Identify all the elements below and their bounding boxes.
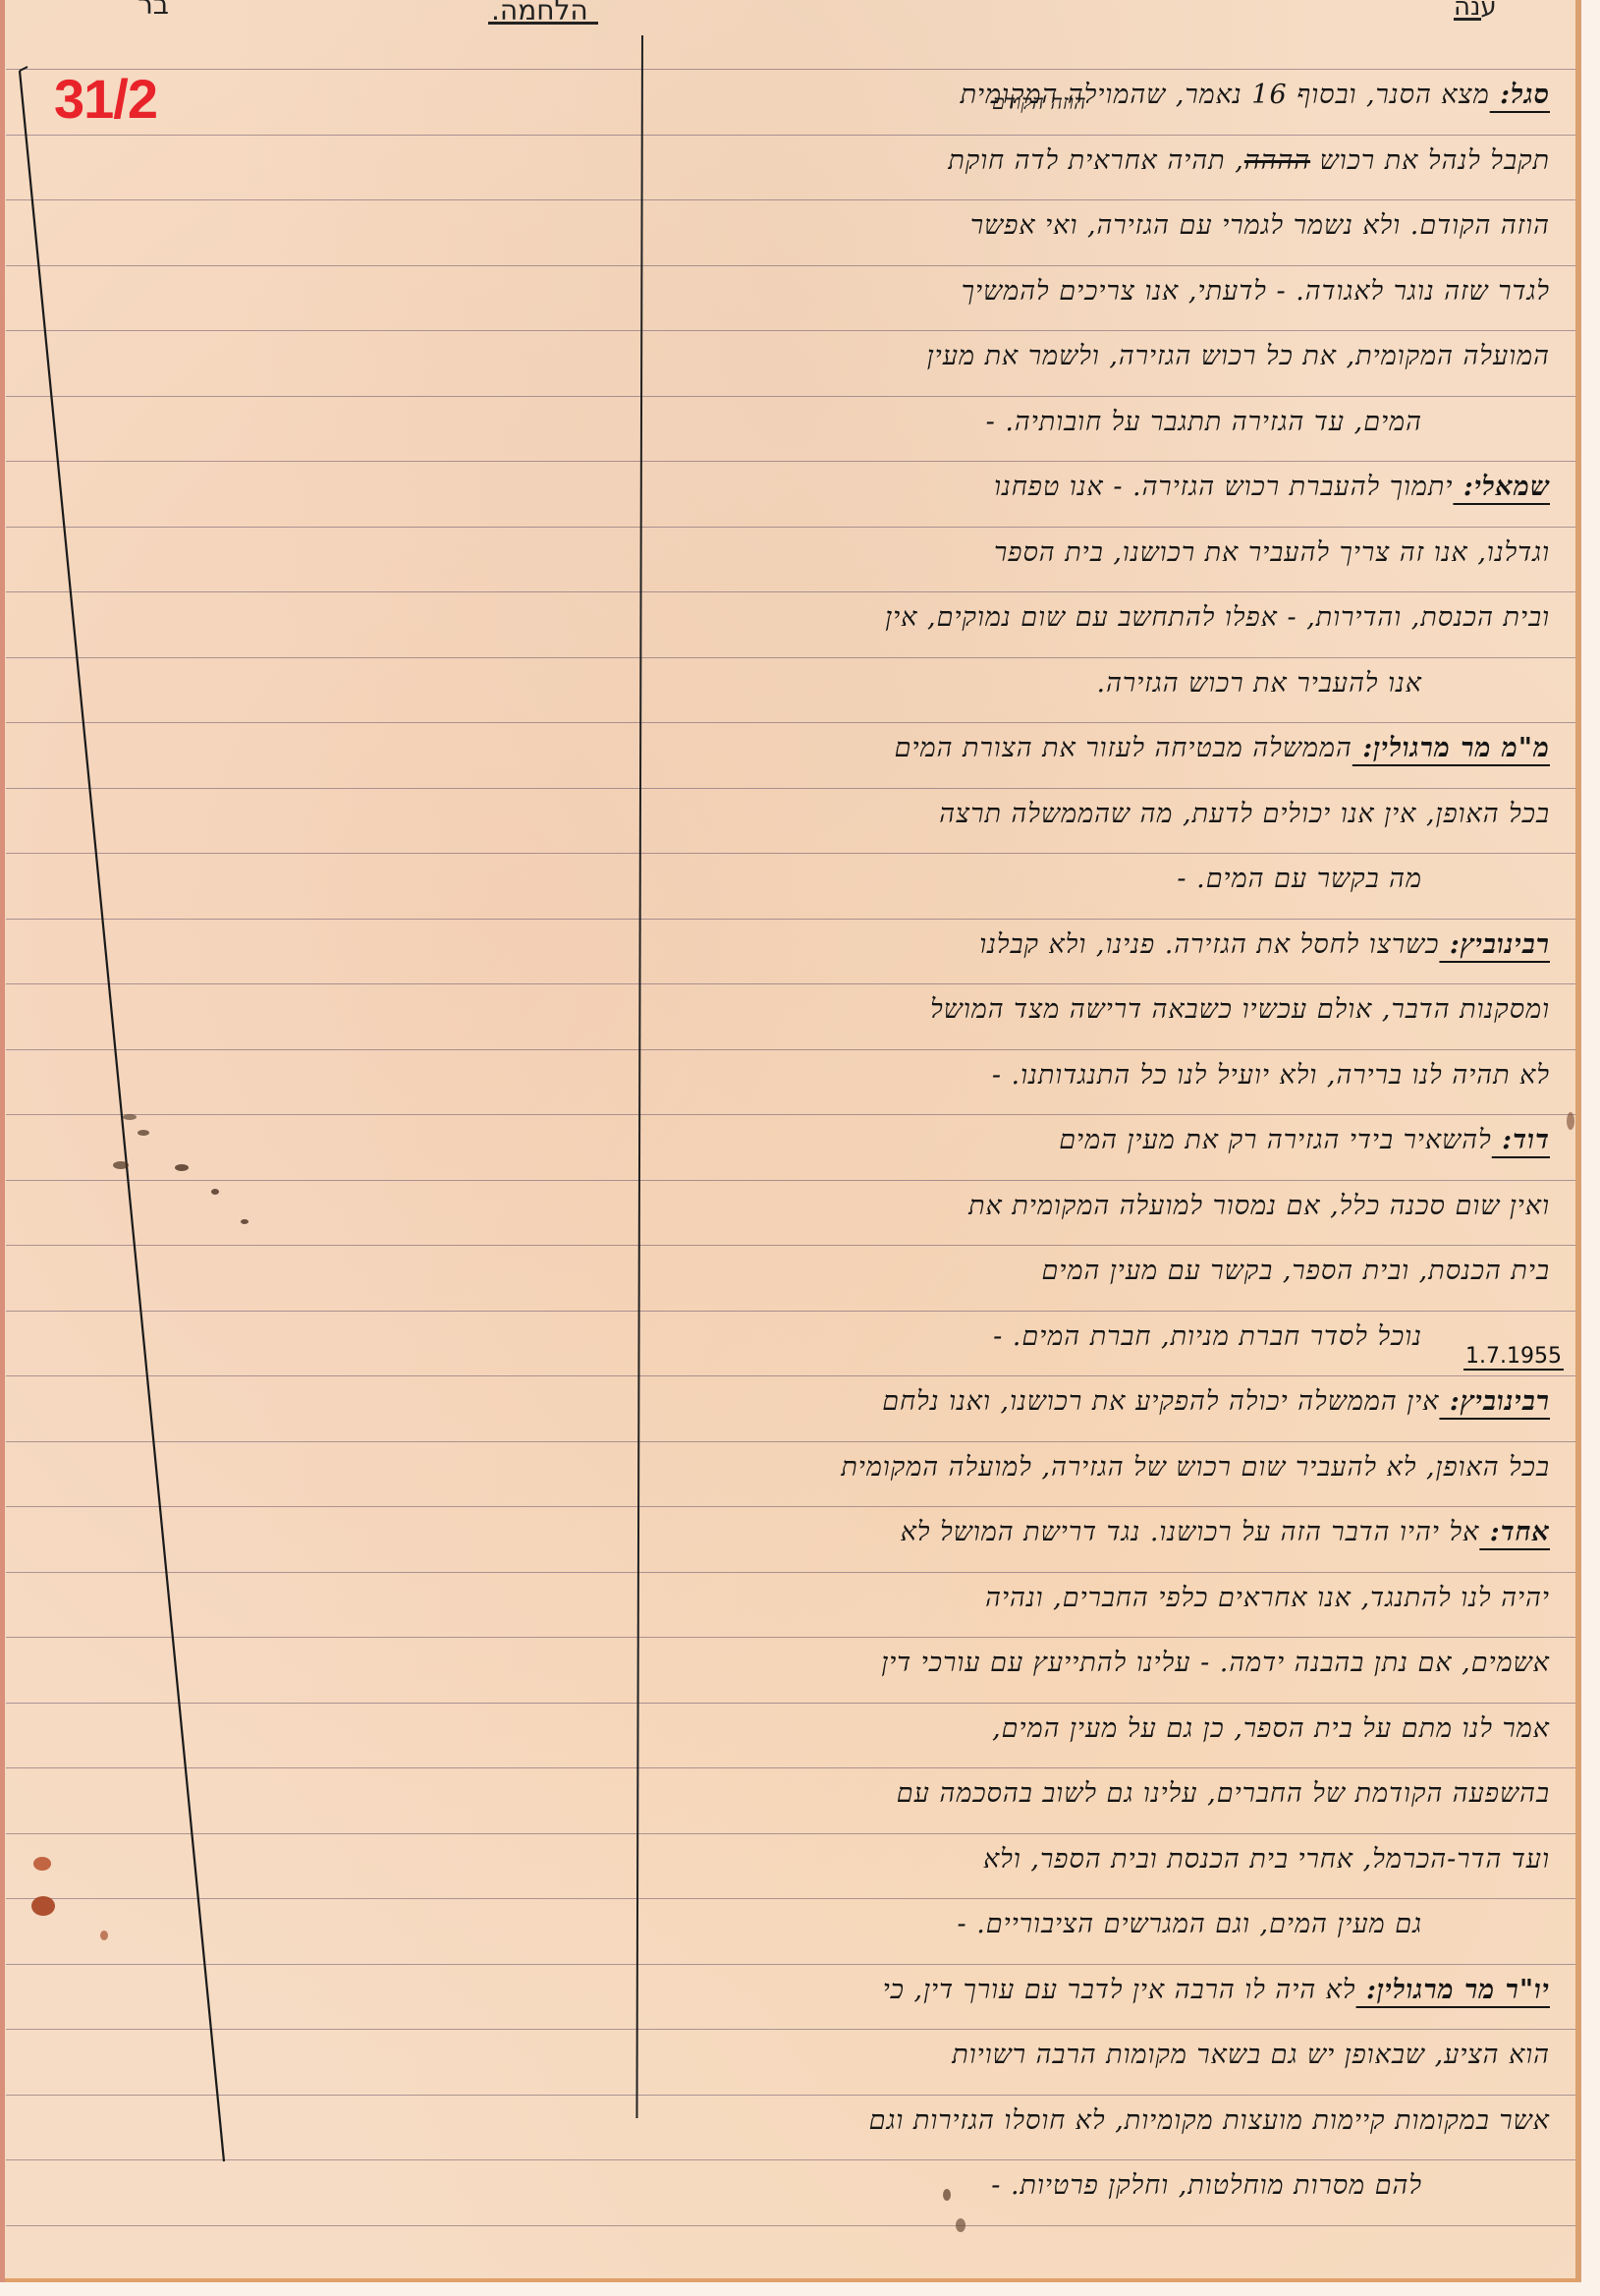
stain xyxy=(241,1219,248,1224)
corner-mark: בר xyxy=(138,0,169,21)
stain xyxy=(1567,1112,1574,1130)
handwritten-text: לא תהיה לנו ברירה, ולא יועיל לנו כל התנג… xyxy=(992,1060,1550,1091)
minutes-line: אמר לנו מתם על בית הספר, כן גם על מעין ה… xyxy=(658,1697,1550,1763)
minutes-line: ועד הדר-הכרמל, אחרי בית הכנסת ובית הספר,… xyxy=(658,1827,1550,1893)
handwritten-text: תקבל לנהל את רכוש xyxy=(1310,145,1550,176)
crossed-out-word: הההה xyxy=(1244,145,1310,176)
handwritten-text: אמר לנו מתם על בית הספר, כן גם על מעין ה… xyxy=(992,1713,1550,1744)
minutes-line: הוזה הקודם. ולא נשמר לגמרי עם הגזירה, וא… xyxy=(658,194,1550,259)
handwritten-text: כשרצו לחסל את הגזירה. פנינו, ולא קבלנו xyxy=(979,929,1439,960)
speaker-label: רבינוביץ: xyxy=(1439,929,1550,960)
minutes-line: תקבל לנהל את רכוש הההה, תהיה אחראית לדה … xyxy=(658,129,1550,195)
handwritten-text: בהשפעה הקודמת של החברים, עלינו גם לשוב ב… xyxy=(897,1778,1550,1809)
minutes-line: שמאלי: יתמוך להעברת רכוש הגזירה. - אנו ט… xyxy=(658,455,1550,521)
handwritten-text: להשאיר בידי הגזירה רק את מעין המים xyxy=(1059,1125,1492,1155)
stain xyxy=(113,1161,129,1169)
speaker-label: רבינוביץ: xyxy=(1439,1386,1550,1417)
handwritten-text: יהיה לנו להתנגד, אנו אחראים כלפי החברים,… xyxy=(985,1583,1550,1613)
speaker-label: שמאלי: xyxy=(1453,472,1550,502)
minutes-line: ומסקנות הדבר, אולם עכשיו כשבאה דרישה מצד… xyxy=(658,978,1550,1043)
handwritten-text: המועלה המקומית, את כל רכוש הגזירה, ולשמר… xyxy=(927,341,1550,371)
minutes-body: סגל: מצא הסנר, ובסוף 16 נאמר, שהמוילה המ… xyxy=(658,63,1550,2219)
handwritten-text: אשמים, אם נתן בהבנה ידמה. - עלינו להתייע… xyxy=(881,1648,1550,1678)
handwritten-text: המים, עד הגזירה תתגבר על חובותיה. - xyxy=(986,407,1422,437)
handwritten-text: מה בקשר עם המים. - xyxy=(1177,864,1422,894)
speaker-label: אחד: xyxy=(1479,1517,1550,1547)
minutes-line: נוכל לסדר חברת מניות, חברת המים. - xyxy=(658,1305,1550,1371)
handwritten-text: נוכל לסדר חברת מניות, חברת המים. - xyxy=(993,1321,1422,1352)
handwritten-text: מצא הסנר, ובסוף 16 נאמר, שהמוילה המקומית xyxy=(961,80,1490,110)
handwritten-text: ואין שום סכנה כלל, אם נמסור למועלה המקומ… xyxy=(968,1191,1550,1221)
minutes-line: אשמים, אם נתן בהבנה ידמה. - עלינו להתייע… xyxy=(658,1631,1550,1697)
minutes-line: אנו להעביר את רכוש הגזירה. xyxy=(658,651,1550,717)
handwritten-text: ומסקנות הדבר, אולם עכשיו כשבאה דרישה מצד… xyxy=(930,994,1550,1025)
speaker-label: סגל: xyxy=(1490,80,1550,110)
handwritten-text: הממשלה מבטיחה לעזור את הצורת המים xyxy=(895,733,1352,763)
handwritten-text: בכל האופן, לא להעביר שום רכוש של הגזירה,… xyxy=(841,1452,1550,1483)
handwritten-text: הוא הציע, שבאופן יש גם בשאר מקומות הרבה … xyxy=(952,2040,1550,2070)
handwritten-text: ועד הדר-הכרמל, אחרי בית הכנסת ובית הספר,… xyxy=(983,1844,1550,1875)
handwritten-text: ובית הכנסת, והדירות, - אפלו להתחשב עם שו… xyxy=(885,602,1550,633)
stain xyxy=(956,2218,966,2232)
handwritten-text: בית הכנסת, ובית הספר, בקשר עם מעין המים xyxy=(1042,1256,1550,1286)
stain xyxy=(943,2189,951,2201)
handwritten-text: אין הממשלה יכולה להפקיע את רכושנו, ואנו … xyxy=(882,1386,1439,1417)
handwritten-text: אשר במקומות קיימות מועצות מקומיות, לא חו… xyxy=(869,2105,1550,2136)
minutes-line: אשר במקומות קיימות מועצות מקומיות, לא חו… xyxy=(658,2089,1550,2155)
minutes-line: בכל האופן, לא להעביר שום רכוש של הגזירה,… xyxy=(658,1435,1550,1501)
minutes-line: בכל האופן, אין אנו יכולים לדעת, מה שהממש… xyxy=(658,782,1550,848)
minutes-line: רבינוביץ: כשרצו לחסל את הגזירה. פנינו, ו… xyxy=(658,913,1550,979)
minutes-line: בית הכנסת, ובית הספר, בקשר עם מעין המים xyxy=(658,1239,1550,1305)
stain xyxy=(175,1164,189,1171)
speaker-label: מ"מ מר מרגולין: xyxy=(1352,733,1550,763)
minutes-line: דוד: להשאיר בידי הגזירה רק את מעין המים xyxy=(658,1108,1550,1174)
minutes-line: אחד: אל יהיו הדבר הזה על רכושנו. נגד דרי… xyxy=(658,1500,1550,1566)
header-left-underline xyxy=(488,22,598,25)
minutes-line: ובית הכנסת, והדירות, - אפלו להתחשב עם שו… xyxy=(658,586,1550,651)
minutes-line: סגל: מצא הסנר, ובסוף 16 נאמר, שהמוילה המ… xyxy=(658,63,1550,129)
minutes-line: להם מסרות מוחלטות, וחלקן פרטיות. - xyxy=(658,2154,1550,2219)
minutes-line: המועלה המקומית, את כל רכוש הגזירה, ולשמר… xyxy=(658,324,1550,390)
stain xyxy=(123,1114,137,1120)
handwritten-text: , תהיה אחראית לדה חוקת xyxy=(948,145,1243,176)
stain xyxy=(100,1931,108,1940)
handwritten-text: הוזה הקודם. ולא נשמר לגמרי עם הגזירה, וא… xyxy=(970,210,1550,241)
handwritten-text: יתמוך להעברת רכוש הגזירה. - אנו טפחנו xyxy=(994,472,1453,502)
handwritten-text: לא היה לו הרבה אין לדבר עם עורך דין, כי xyxy=(883,1975,1356,2005)
minutes-line: מ"מ מר מרגולין: הממשלה מבטיחה לעזור את ה… xyxy=(658,716,1550,782)
minutes-line: לא תהיה לנו ברירה, ולא יועיל לנו כל התנג… xyxy=(658,1043,1550,1109)
handwritten-text: וגדלנו, אנו זה צריך להעביר את רכושנו, בי… xyxy=(994,537,1550,568)
minutes-line: יהיה לנו להתנגד, אנו אחראים כלפי החברים,… xyxy=(658,1566,1550,1632)
handwritten-text: גם מעין המים, וגם המגרשים הציבוריים. - xyxy=(958,1909,1423,1939)
stain xyxy=(31,1896,55,1916)
handwritten-text: אנו להעביר את רכוש הגזירה. xyxy=(1097,668,1422,699)
handwritten-text: לגדר שזה נוגר לאגודה. - לדעתי, אנו צריכי… xyxy=(962,276,1550,307)
handwritten-text: להם מסרות מוחלטות, וחלקן פרטיות. - xyxy=(991,2170,1422,2201)
minutes-line: יו"ר מר מרגולין: לא היה לו הרבה אין לדבר… xyxy=(658,1958,1550,2024)
speaker-label: דוד: xyxy=(1492,1125,1550,1155)
header-right-underline xyxy=(1454,18,1481,21)
minutes-line: רבינוביץ: אין הממשלה יכולה להפקיע את רכו… xyxy=(658,1370,1550,1435)
minutes-line: המים, עד הגזירה תתגבר על חובותיה. - xyxy=(658,390,1550,456)
minutes-line: וגדלנו, אנו זה צריך להעביר את רכושנו, בי… xyxy=(658,521,1550,587)
handwritten-text: בכל האופן, אין אנו יכולים לדעת, מה שהממש… xyxy=(939,799,1550,829)
page-number-label: 31/2 xyxy=(54,67,157,131)
speaker-label: יו"ר מר מרגולין: xyxy=(1356,1975,1550,2005)
minutes-line: הוא הציע, שבאופן יש גם בשאר מקומות הרבה … xyxy=(658,2023,1550,2089)
stain xyxy=(138,1130,149,1136)
handwritten-text: אל יהיו הדבר הזה על רכושנו. נגד דרישת המ… xyxy=(901,1517,1480,1547)
minutes-line: לגדר שזה נוגר לאגודה. - לדעתי, אנו צריכי… xyxy=(658,259,1550,325)
stain xyxy=(33,1857,51,1871)
minutes-line: בהשפעה הקודמת של החברים, עלינו גם לשוב ב… xyxy=(658,1762,1550,1827)
minutes-line: גם מעין המים, וגם המגרשים הציבוריים. - xyxy=(658,1892,1550,1958)
stain xyxy=(211,1189,219,1195)
minutes-line: מה בקשר עם המים. - xyxy=(658,847,1550,913)
margin-annotation: 1.7.1955 xyxy=(1463,1344,1564,1371)
minutes-line: ואין שום סכנה כלל, אם נמסור למועלה המקומ… xyxy=(658,1174,1550,1240)
